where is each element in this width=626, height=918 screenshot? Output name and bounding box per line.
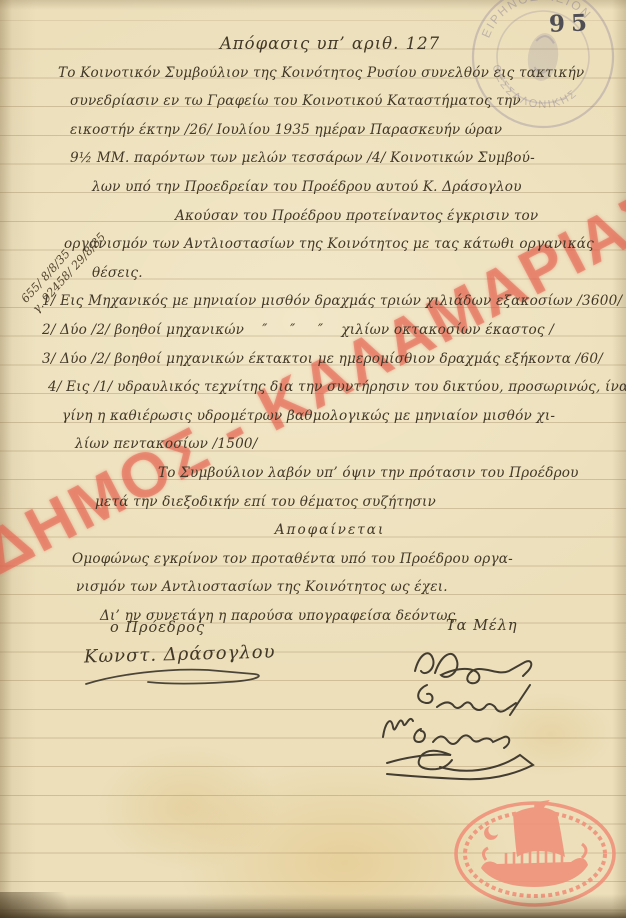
decision-title: Απόφασις υπ’ αριθ. 127 <box>40 30 620 59</box>
body-line: 3/ Δύο /2/ βοηθοί μηχανικών έκτακτοι με … <box>40 345 620 374</box>
members-label: Τα Μέλη <box>446 618 518 634</box>
document-page: ΕΙΡΗΝΟΔΙΚΕΙΟΝ ΘΕΣΣΑΛΟΝΙΚΗΣ 95 ΔΗΜΟΣ - ΚΑ… <box>0 0 626 918</box>
body-line: εικοστήν έκτην /26/ Ιουλίου 1935 ημέραν … <box>40 116 620 145</box>
president-signature-name: Κωνστ. Δράσογλου <box>84 641 276 667</box>
body-line: Το Συμβούλιον λαβόν υπ’ όψιν την πρότασι… <box>40 459 620 488</box>
member-signatures-scribbles <box>375 635 585 785</box>
body-line: λίων πεντακοσίων /1500/ <box>40 430 620 459</box>
body-line: Ακούσαν του Προέδρου προτείναντος έγκρισ… <box>40 202 620 231</box>
body-line: συνεδρίασιν εν τω Γραφείω του Κοινοτικού… <box>40 87 620 116</box>
body-line: 1/ Εις Μηχανικός με μηνιαίον μισθόν δραχ… <box>40 287 620 316</box>
president-label: ο Πρόεδρος <box>110 620 205 636</box>
body-line: 2/ Δύο /2/ βοηθοί μηχανικών ″ ″ ″ χιλίων… <box>40 316 620 345</box>
body-line-resolution: Αποφαίνεται <box>40 516 620 545</box>
body-line: θέσεις. <box>40 259 620 288</box>
body-line: νισμόν των Αντλιοστασίων της Κοινότητος … <box>40 573 620 602</box>
body-line: λων υπό την Προεδρείαν του Προέδρου αυτο… <box>40 173 620 202</box>
body-line: γίνη η καθιέρωσις υδρομέτρων βαθμολογικώ… <box>40 402 620 431</box>
decision-body: Απόφασις υπ’ αριθ. 127 Το Κοινοτικόν Συμ… <box>40 30 620 630</box>
body-line: μετά την διεξοδικήν επί του θέματος συζή… <box>40 488 620 517</box>
body-line: Το Κοινοτικόν Συμβούλιον της Κοινότητος … <box>40 59 620 88</box>
body-line: οργανισμόν των Αντλιοστασίων της Κοινότη… <box>40 230 620 259</box>
ship-icon <box>481 801 588 887</box>
body-line: 4/ Εις /1/ υδραυλικός τεχνίτης δια την σ… <box>40 373 620 402</box>
municipality-seal-ship <box>450 798 620 910</box>
body-line: 9½ ΜΜ. παρόντων των μελών τεσσάρων /4/ Κ… <box>40 144 620 173</box>
body-line: Ομοφώνως εγκρίνον τον προταθέντα υπό του… <box>40 545 620 574</box>
